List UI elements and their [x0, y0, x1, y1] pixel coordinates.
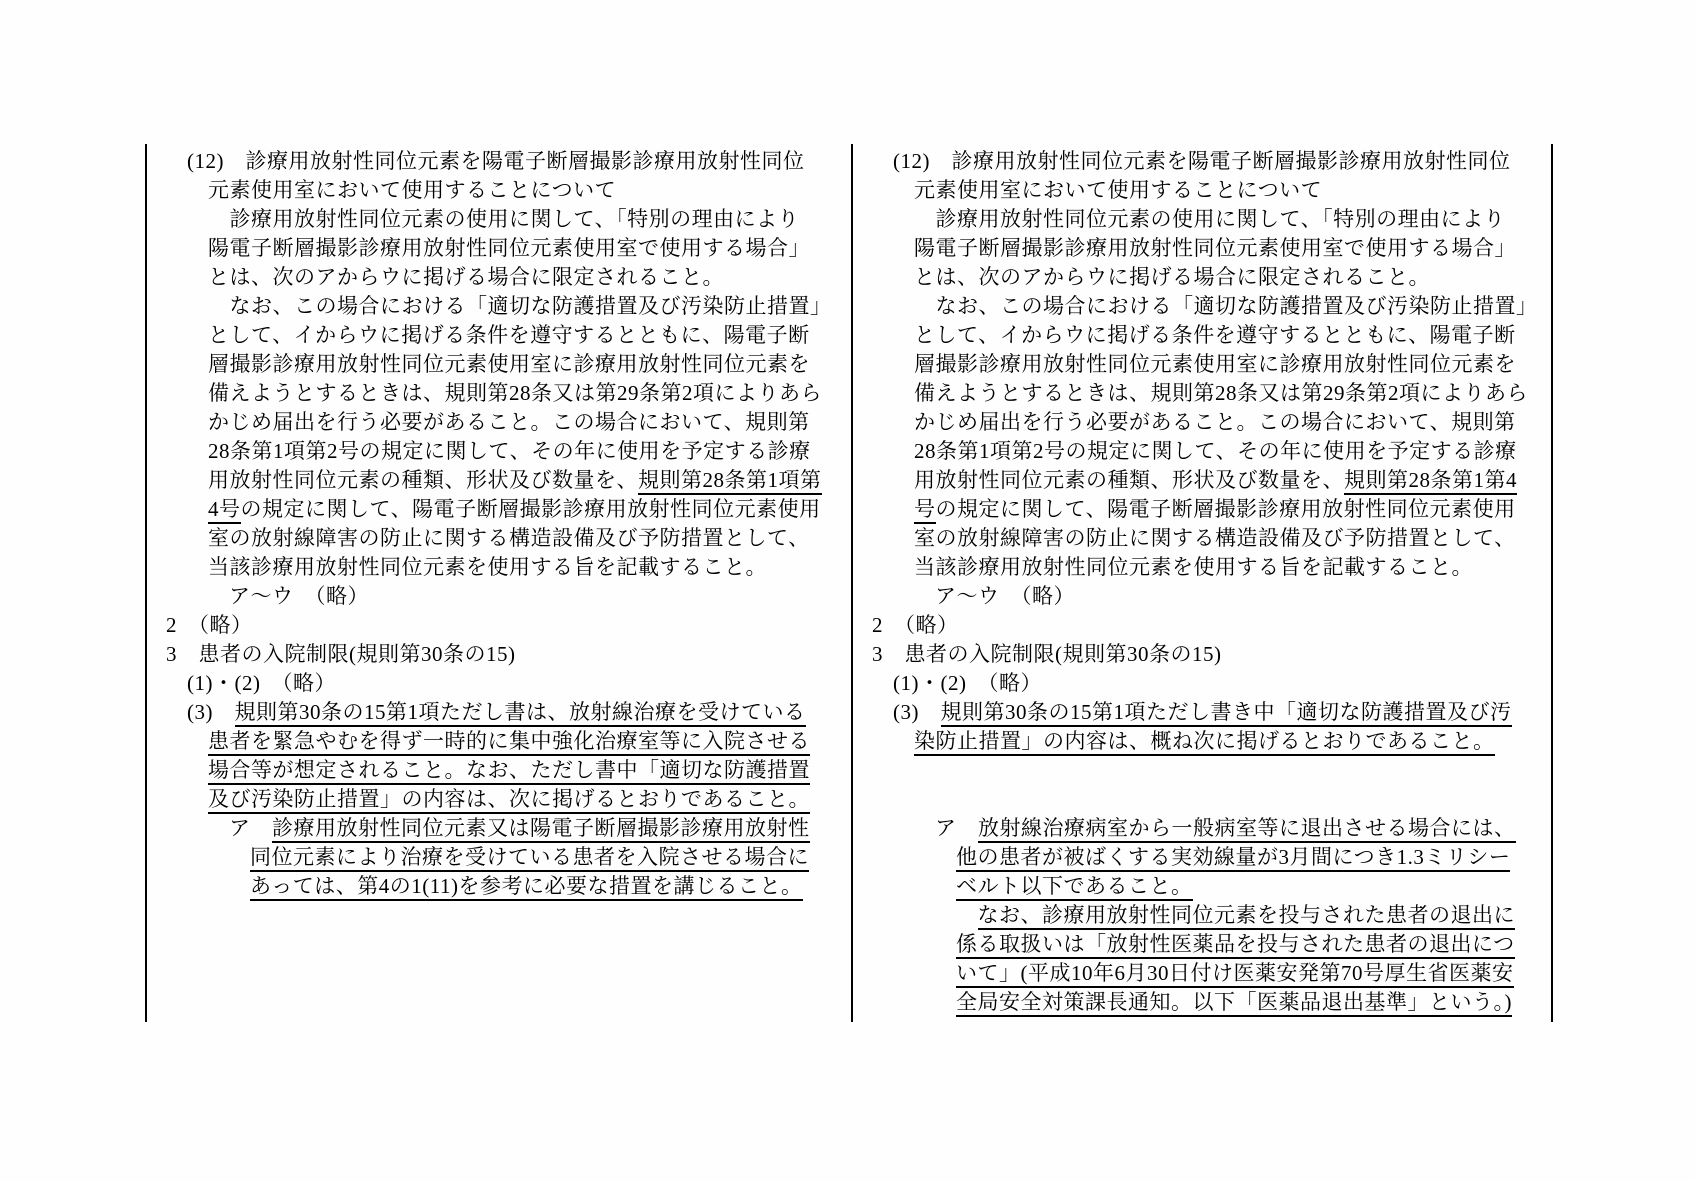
- text-line: 備えようとするときは、規則第28条又は第29条第2項によりあら: [872, 379, 1542, 408]
- text-line: 当該診療用放射性同位元素を使用する旨を記載すること。: [166, 553, 836, 582]
- text-line: なお、診療用放射性同位元素を投与された患者の退出に: [872, 901, 1542, 930]
- text-line: 3 患者の入院制限(規則第30条の15): [872, 640, 1542, 669]
- underlined-revision-text: 係る取扱いは「放射性医薬品を投与された患者の退出につ: [956, 932, 1515, 959]
- text-segment: 用放射性同位元素の種類、形状及び数量を、: [208, 468, 638, 492]
- text-segment: 室の放射線障害の防止に関する構造設備及び予防措置として、: [208, 526, 810, 550]
- text-line: とは、次のアからウに掲げる場合に限定されること。: [872, 263, 1542, 292]
- text-line: なお、この場合における「適切な防護措置及び汚染防止措置」: [872, 292, 1542, 321]
- text-line: 用放射性同位元素の種類、形状及び数量を、規則第28条第1項第: [166, 466, 836, 495]
- underlined-revision-text: 他の患者が被ばくする実効線量が3月間につき1.3ミリシー: [956, 845, 1510, 872]
- text-line: 染防止措置」の内容は、概ね次に掲げるとおりであること。: [872, 727, 1542, 756]
- text-segment: 用放射性同位元素の種類、形状及び数量を、: [914, 468, 1344, 492]
- underlined-revision-text: 全局安全対策課長通知。以下「医薬品退出基準」という。): [956, 990, 1512, 1017]
- underlined-revision-text: 及び汚染防止措置」の内容は、次に掲げるとおりであること。: [208, 787, 810, 814]
- text-line: 及び汚染防止措置」の内容は、次に掲げるとおりであること。: [166, 785, 836, 814]
- text-line: 2 （略）: [166, 611, 836, 640]
- text-segment: 室の放射線障害の防止に関する構造設備及び予防措置として、: [914, 526, 1516, 550]
- text-segment: 28条第1項第2号の規定に関して、その年に使用を予定する診療: [914, 439, 1517, 463]
- text-line: ア 放射線治療病室から一般病室等に退出させる場合には、: [872, 814, 1542, 843]
- text-segment: かじめ届出を行う必要があること。この場合において、規則第: [208, 410, 810, 434]
- text-line: かじめ届出を行う必要があること。この場合において、規則第: [872, 408, 1542, 437]
- text-segment: [956, 903, 978, 927]
- text-segment: (3): [187, 700, 235, 724]
- text-segment: ア～ウ （略）: [935, 584, 1075, 608]
- text-segment: 2 （略）: [166, 613, 253, 637]
- text-line: 28条第1項第2号の規定に関して、その年に使用を予定する診療: [166, 437, 836, 466]
- underlined-revision-text: ベルト以下であること。: [956, 874, 1193, 901]
- text-segment: 診療用放射性同位元素の使用に関して、「特別の理由により: [914, 207, 1505, 231]
- text-line: ア 診療用放射性同位元素又は陽電子断層撮影診療用放射性: [166, 814, 836, 843]
- underlined-revision-text: 規則第28条第1項第: [638, 468, 822, 495]
- text-segment: なお、この場合における「適切な防護措置及び汚染防止措置」: [208, 294, 832, 318]
- text-line: 元素使用室において使用することについて: [872, 176, 1542, 205]
- underlined-revision-text: あっては、第4の1(11)を参考に必要な措置を講じること。: [250, 874, 803, 901]
- text-segment: (3): [893, 700, 941, 724]
- text-segment: 元素使用室において使用することについて: [914, 178, 1322, 202]
- text-line: 係る取扱いは「放射性医薬品を投与された患者の退出につ: [872, 930, 1542, 959]
- text-line: 陽電子断層撮影診療用放射性同位元素使用室で使用する場合」: [166, 234, 836, 263]
- text-segment: なお、この場合における「適切な防護措置及び汚染防止措置」: [914, 294, 1538, 318]
- text-line: 場合等が想定されること。なお、ただし書中「適切な防護措置: [166, 756, 836, 785]
- text-line: (3) 規則第30条の15第1項ただし書は、放射線治療を受けている: [166, 698, 836, 727]
- text-line: (1)・(2) （略）: [166, 669, 836, 698]
- text-line: ア～ウ （略）: [166, 582, 836, 611]
- text-line: 陽電子断層撮影診療用放射性同位元素使用室で使用する場合」: [872, 234, 1542, 263]
- underlined-revision-text: 同位元素により治療を受けている患者を入院させる場合に: [250, 845, 809, 872]
- underlined-revision-text: 放射線治療病室から一般病室等に退出させる場合には、: [978, 816, 1516, 843]
- text-line: として、イからウに掲げる条件を遵守するとともに、陽電子断: [166, 321, 836, 350]
- text-line: ベルト以下であること。: [872, 872, 1542, 901]
- text-segment: (1)・(2) （略）: [187, 671, 336, 695]
- text-line: 室の放射線障害の防止に関する構造設備及び予防措置として、: [166, 524, 836, 553]
- text-line: (12) 診療用放射性同位元素を陽電子断層撮影診療用放射性同位: [872, 147, 1542, 176]
- text-segment: の規定に関して、陽電子断層撮影診療用放射性同位元素使用: [241, 497, 821, 521]
- text-segment: とは、次のアからウに掲げる場合に限定されること。: [914, 265, 1430, 289]
- text-line: 全局安全対策課長通知。以下「医薬品退出基準」という。): [872, 988, 1542, 1017]
- text-line: 患者を緊急やむを得ず一時的に集中強化治療室等に入院させる: [166, 727, 836, 756]
- underlined-revision-text: なお、診療用放射性同位元素を投与された患者の退出に: [978, 903, 1516, 930]
- underlined-revision-text: 診療用放射性同位元素又は陽電子断層撮影診療用放射性: [272, 816, 810, 843]
- text-line: として、イからウに掲げる条件を遵守するとともに、陽電子断: [872, 321, 1542, 350]
- underlined-revision-text: 規則第30条の15第1項ただし書き中「適切な防護措置及び汚: [941, 700, 1512, 727]
- text-segment: 2 （略）: [872, 613, 959, 637]
- text-line: いて」(平成10年6月30日付け医薬安発第70号厚生省医薬安: [872, 959, 1542, 988]
- text-segment: として、イからウに掲げる条件を遵守するとともに、陽電子断: [914, 323, 1516, 347]
- text-segment: ア～ウ （略）: [229, 584, 369, 608]
- text-segment: 陽電子断層撮影診療用放射性同位元素使用室で使用する場合」: [208, 236, 810, 260]
- underlined-revision-text: 号: [914, 497, 936, 524]
- text-line: 診療用放射性同位元素の使用に関して、「特別の理由により: [872, 205, 1542, 234]
- underlined-revision-text: いて」(平成10年6月30日付け医薬安発第70号厚生省医薬安: [956, 961, 1514, 988]
- text-segment: かじめ届出を行う必要があること。この場合において、規則第: [914, 410, 1516, 434]
- text-segment: として、イからウに掲げる条件を遵守するとともに、陽電子断: [208, 323, 810, 347]
- text-line: 診療用放射性同位元素の使用に関して、「特別の理由により: [166, 205, 836, 234]
- text-line: 元素使用室において使用することについて: [166, 176, 836, 205]
- text-segment: 3 患者の入院制限(規則第30条の15): [872, 642, 1222, 666]
- underlined-revision-text: 染防止措置」の内容は、概ね次に掲げるとおりであること。: [914, 729, 1495, 756]
- text-line: (12) 診療用放射性同位元素を陽電子断層撮影診療用放射性同位: [166, 147, 836, 176]
- document-page: (12) 診療用放射性同位元素を陽電子断層撮影診療用放射性同位元素使用室において…: [0, 0, 1695, 1181]
- text-line: (1)・(2) （略）: [872, 669, 1542, 698]
- table-column-divider: [851, 144, 853, 1022]
- text-line: 4号の規定に関して、陽電子断層撮影診療用放射性同位元素使用: [166, 495, 836, 524]
- text-line: [872, 785, 1542, 814]
- underlined-revision-text: 場合等が想定されること。なお、ただし書中「適切な防護措置: [208, 758, 810, 785]
- text-segment: ア: [935, 816, 978, 840]
- text-segment: 層撮影診療用放射性同位元素使用室に診療用放射性同位元素を: [208, 352, 810, 376]
- text-segment: 陽電子断層撮影診療用放射性同位元素使用室で使用する場合」: [914, 236, 1516, 260]
- text-segment: ア: [229, 816, 272, 840]
- text-line: 当該診療用放射性同位元素を使用する旨を記載すること。: [872, 553, 1542, 582]
- text-line: かじめ届出を行う必要があること。この場合において、規則第: [166, 408, 836, 437]
- text-line: 他の患者が被ばくする実効線量が3月間につき1.3ミリシー: [872, 843, 1542, 872]
- underlined-revision-text: 規則第30条の15第1項ただし書は、放射線治療を受けている: [235, 700, 806, 727]
- text-line: (3) 規則第30条の15第1項ただし書き中「適切な防護措置及び汚: [872, 698, 1542, 727]
- text-line: 層撮影診療用放射性同位元素使用室に診療用放射性同位元素を: [166, 350, 836, 379]
- text-line: ア～ウ （略）: [872, 582, 1542, 611]
- text-line: 3 患者の入院制限(規則第30条の15): [166, 640, 836, 669]
- text-segment: 診療用放射性同位元素の使用に関して、「特別の理由により: [208, 207, 799, 231]
- text-segment: 層撮影診療用放射性同位元素使用室に診療用放射性同位元素を: [914, 352, 1516, 376]
- text-segment: 当該診療用放射性同位元素を使用する旨を記載すること。: [914, 555, 1473, 579]
- text-line: 28条第1項第2号の規定に関して、その年に使用を予定する診療: [872, 437, 1542, 466]
- underlined-revision-text: 4号: [208, 497, 241, 524]
- text-line: 備えようとするときは、規則第28条又は第29条第2項によりあら: [166, 379, 836, 408]
- text-line: 2 （略）: [872, 611, 1542, 640]
- text-segment: 元素使用室において使用することについて: [208, 178, 616, 202]
- text-segment: 28条第1項第2号の規定に関して、その年に使用を予定する診療: [208, 439, 811, 463]
- text-segment: 当該診療用放射性同位元素を使用する旨を記載すること。: [208, 555, 767, 579]
- text-segment: (12) 診療用放射性同位元素を陽電子断層撮影診療用放射性同位: [187, 149, 804, 173]
- text-line: あっては、第4の1(11)を参考に必要な措置を講じること。: [166, 872, 836, 901]
- text-segment: 備えようとするときは、規則第28条又は第29条第2項によりあら: [914, 381, 1528, 405]
- text-segment: 3 患者の入院制限(規則第30条の15): [166, 642, 516, 666]
- table-border-left: [145, 144, 147, 1022]
- text-segment: の規定に関して、陽電子断層撮影診療用放射性同位元素使用: [936, 497, 1516, 521]
- text-segment: (12) 診療用放射性同位元素を陽電子断層撮影診療用放射性同位: [893, 149, 1510, 173]
- text-line: 室の放射線障害の防止に関する構造設備及び予防措置として、: [872, 524, 1542, 553]
- text-segment: (1)・(2) （略）: [893, 671, 1042, 695]
- underlined-revision-text: 規則第28条第1第4: [1344, 468, 1517, 495]
- left-column: (12) 診療用放射性同位元素を陽電子断層撮影診療用放射性同位元素使用室において…: [166, 147, 836, 901]
- underlined-revision-text: 患者を緊急やむを得ず一時的に集中強化治療室等に入院させる: [208, 729, 810, 756]
- text-line: 層撮影診療用放射性同位元素使用室に診療用放射性同位元素を: [872, 350, 1542, 379]
- text-line: なお、この場合における「適切な防護措置及び汚染防止措置」: [166, 292, 836, 321]
- text-line: 用放射性同位元素の種類、形状及び数量を、規則第28条第1第4: [872, 466, 1542, 495]
- text-line: 同位元素により治療を受けている患者を入院させる場合に: [166, 843, 836, 872]
- text-segment: とは、次のアからウに掲げる場合に限定されること。: [208, 265, 724, 289]
- right-column: (12) 診療用放射性同位元素を陽電子断層撮影診療用放射性同位元素使用室において…: [872, 147, 1542, 1017]
- text-line: [872, 756, 1542, 785]
- table-border-right: [1551, 144, 1553, 1022]
- text-segment: 備えようとするときは、規則第28条又は第29条第2項によりあら: [208, 381, 822, 405]
- text-line: 号の規定に関して、陽電子断層撮影診療用放射性同位元素使用: [872, 495, 1542, 524]
- text-line: とは、次のアからウに掲げる場合に限定されること。: [166, 263, 836, 292]
